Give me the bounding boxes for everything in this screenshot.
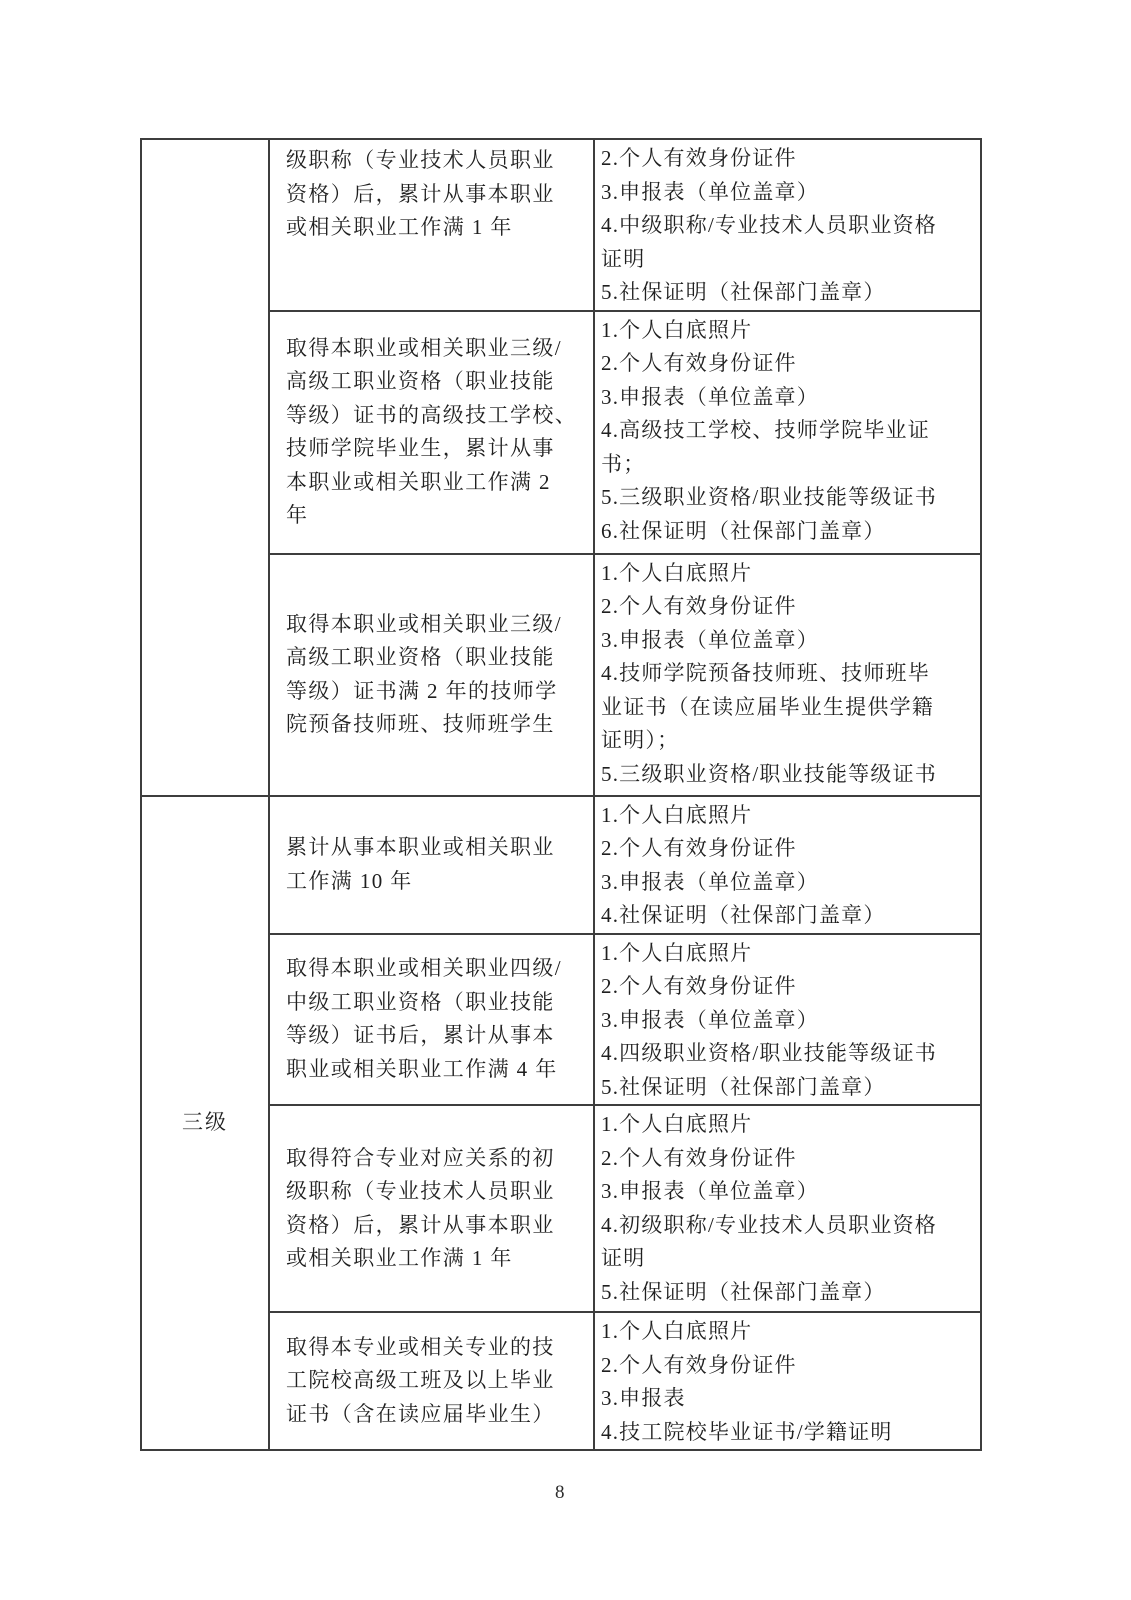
- material-item: 3.申报表（单位盖章）: [601, 1175, 976, 1209]
- materials-cell: 1.个人白底照片2.个人有效身份证件3.申报表（单位盖章）4.高级技工学校、技师…: [594, 311, 981, 554]
- level-cell-level3: 三级: [141, 796, 269, 1451]
- material-item: 3.申报表（单位盖章）: [601, 176, 976, 210]
- materials-cell: 1.个人白底照片2.个人有效身份证件3.申报表（单位盖章）4.社保证明（社保部门…: [594, 796, 981, 934]
- table-row: 级职称（专业技术人员职业 资格）后，累计从事本职业 或相关职业工作满 1 年 2…: [141, 139, 981, 311]
- material-item: 3.申报表（单位盖章）: [601, 624, 976, 658]
- document-page: 级职称（专业技术人员职业 资格）后，累计从事本职业 或相关职业工作满 1 年 2…: [0, 0, 1131, 1600]
- condition-cell: 累计从事本职业或相关职业 工作满 10 年: [269, 796, 594, 934]
- material-item: 3.申报表: [601, 1382, 976, 1416]
- materials-cell: 1.个人白底照片2.个人有效身份证件3.申报表4.技工院校毕业证书/学籍证明: [594, 1312, 981, 1450]
- condition-cell: 级职称（专业技术人员职业 资格）后，累计从事本职业 或相关职业工作满 1 年: [269, 139, 594, 311]
- condition-cell: 取得本职业或相关职业三级/ 高级工职业资格（职业技能 等级）证书的高级技工学校、…: [269, 311, 594, 554]
- condition-cell: 取得本职业或相关职业四级/ 中级工职业资格（职业技能 等级）证书后，累计从事本 …: [269, 934, 594, 1106]
- material-item: 2.个人有效身份证件: [601, 970, 976, 1004]
- material-item: 3.申报表（单位盖章）: [601, 381, 976, 415]
- level-cell-continued: [141, 139, 269, 796]
- condition-cell: 取得本职业或相关职业三级/ 高级工职业资格（职业技能 等级）证书满 2 年的技师…: [269, 554, 594, 796]
- condition-cell: 取得本专业或相关专业的技 工院校高级工班及以上毕业 证书（含在读应届毕业生）: [269, 1312, 594, 1450]
- materials-cell: 1.个人白底照片2.个人有效身份证件3.申报表（单位盖章）4.技师学院预备技师班…: [594, 554, 981, 796]
- material-item: 5.三级职业资格/职业技能等级证书: [601, 481, 976, 515]
- material-item: 4.社保证明（社保部门盖章）: [601, 899, 976, 933]
- material-item: 1.个人白底照片: [601, 1315, 976, 1349]
- material-item: 4.技师学院预备技师班、技师班毕 业证书（在读应届毕业生提供学籍 证明）；: [601, 657, 976, 758]
- page-number: 8: [140, 1482, 980, 1504]
- material-item: 4.初级职称/专业技术人员职业资格 证明: [601, 1209, 976, 1276]
- material-item: 3.申报表（单位盖章）: [601, 866, 976, 900]
- material-item: 4.四级职业资格/职业技能等级证书: [601, 1037, 976, 1071]
- material-item: 3.申报表（单位盖章）: [601, 1004, 976, 1038]
- material-item: 5.社保证明（社保部门盖章）: [601, 276, 976, 310]
- material-item: 1.个人白底照片: [601, 314, 976, 348]
- materials-cell: 1.个人白底照片2.个人有效身份证件3.申报表（单位盖章）4.初级职称/专业技术…: [594, 1105, 981, 1312]
- material-item: 1.个人白底照片: [601, 1108, 976, 1142]
- material-item: 1.个人白底照片: [601, 937, 976, 971]
- condition-cell: 取得符合专业对应关系的初 级职称（专业技术人员职业 资格）后，累计从事本职业 或…: [269, 1105, 594, 1312]
- table-row: 三级 累计从事本职业或相关职业 工作满 10 年 1.个人白底照片2.个人有效身…: [141, 796, 981, 934]
- material-item: 4.中级职称/专业技术人员职业资格 证明: [601, 209, 976, 276]
- material-item: 2.个人有效身份证件: [601, 1349, 976, 1383]
- material-item: 2.个人有效身份证件: [601, 1142, 976, 1176]
- material-item: 2.个人有效身份证件: [601, 590, 976, 624]
- material-item: 2.个人有效身份证件: [601, 142, 976, 176]
- material-item: 1.个人白底照片: [601, 557, 976, 591]
- material-item: 5.社保证明（社保部门盖章）: [601, 1276, 976, 1310]
- materials-cell: 2.个人有效身份证件3.申报表（单位盖章）4.中级职称/专业技术人员职业资格 证…: [594, 139, 981, 311]
- materials-cell: 1.个人白底照片2.个人有效身份证件3.申报表（单位盖章）4.四级职业资格/职业…: [594, 934, 981, 1106]
- material-item: 2.个人有效身份证件: [601, 347, 976, 381]
- material-item: 4.技工院校毕业证书/学籍证明: [601, 1416, 976, 1450]
- material-item: 5.三级职业资格/职业技能等级证书: [601, 758, 976, 792]
- material-item: 6.社保证明（社保部门盖章）: [601, 515, 976, 549]
- material-item: 5.社保证明（社保部门盖章）: [601, 1071, 976, 1105]
- material-item: 4.高级技工学校、技师学院毕业证 书；: [601, 414, 976, 481]
- material-item: 2.个人有效身份证件: [601, 832, 976, 866]
- material-item: 1.个人白底照片: [601, 799, 976, 833]
- requirements-table: 级职称（专业技术人员职业 资格）后，累计从事本职业 或相关职业工作满 1 年 2…: [140, 138, 982, 1451]
